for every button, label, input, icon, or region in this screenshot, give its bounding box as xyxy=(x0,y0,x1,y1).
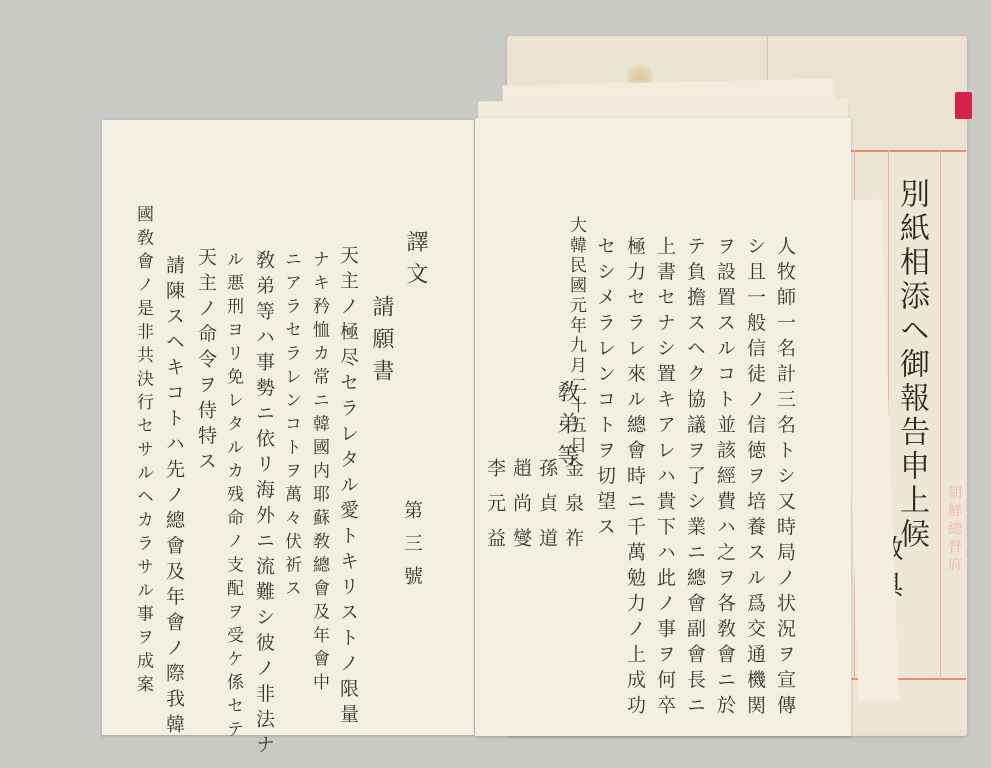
text-column: 國敎會ノ是非共決行セサルヘカラサル事ヲ成案 xyxy=(134,205,151,699)
text-column: ニアラセラレンコトヲ萬々伏祈ス xyxy=(282,250,299,603)
left-page: 譯文 請願書 天主ノ極尽セラレタル愛トキリストノ限量 ナキ矜恤カ常ニ韓國内耶蘇敎… xyxy=(102,120,474,735)
signatory-name: 孫貞道 xyxy=(537,458,556,563)
text-column: セシメラレンコトヲ切望ス xyxy=(595,236,614,542)
text-column: シ且一般信徒ノ信徳ヲ培養スル爲交通機関 xyxy=(745,236,764,721)
page-heading: 譯文 xyxy=(404,230,426,294)
page-subheading: 請願書 xyxy=(370,295,392,391)
text-column: ヲ設置スルコト並該經費ハ之ヲ各敎會ニ於 xyxy=(715,236,734,721)
signatory-name: 李元益 xyxy=(485,458,504,563)
text-column: テ負擔スヘク協議ヲ了シ業ニ總會副會長ニ xyxy=(685,236,704,721)
official-stamp-text: 朝鮮總督府 xyxy=(944,485,964,575)
text-column: ル悪刑ヨリ免レタルカ残命ノ支配ヲ受ケ係セテ xyxy=(224,250,241,744)
text-column: 請陳スヘキコトハ先ノ總會及年會ノ際我韓 xyxy=(164,255,183,740)
signatory-name: 金泉祚 xyxy=(563,458,582,563)
text-column: 極力セラレ來ル總會時ニ千萬勉力ノ上成功 xyxy=(625,236,644,721)
column-rule xyxy=(940,150,941,680)
text-column: 天主ノ極尽セラレタル愛トキリストノ限量 xyxy=(338,245,357,730)
text-column: ナキ矜恤カ常ニ韓國内耶蘇敎總會及年會中 xyxy=(310,250,327,697)
section-label: 第三號 xyxy=(402,500,421,599)
text-column: 天主ノ命令ヲ侍特ス xyxy=(196,247,215,477)
red-bookmark-tab[interactable] xyxy=(955,92,972,119)
text-column: 上書セナシ置キアレハ貴下ハ此ノ事ヲ何卒 xyxy=(655,236,674,721)
text-column: 敎弟等ハ事勢ニ依リ海外ニ流難シ彼ノ非法ナ xyxy=(254,250,273,760)
letter-title: 別紙相添ヘ御報告申上候 xyxy=(896,178,926,552)
top-rule-line xyxy=(848,150,966,152)
text-column: 人牧師一名計三名トシ又時局ノ状況ヲ宣傳 xyxy=(775,236,794,721)
signatory-name: 趙尚燮 xyxy=(511,458,530,563)
right-page: 人牧師一名計三名トシ又時局ノ状況ヲ宣傳 シ且一般信徒ノ信徳ヲ培養スル爲交通機関 … xyxy=(475,118,851,736)
